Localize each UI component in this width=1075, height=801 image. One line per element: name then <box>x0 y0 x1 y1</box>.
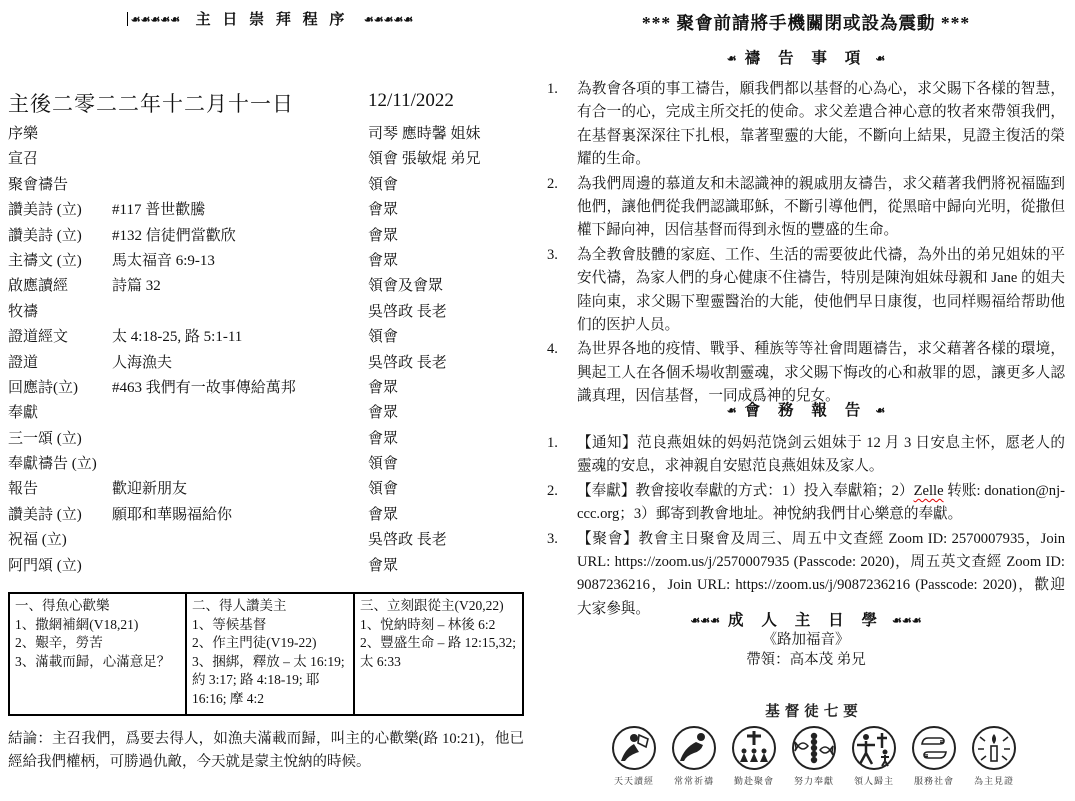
essential-label: 勤赴聚會 <box>728 774 780 787</box>
outline-line: 3、滿載而歸，心滿意足？ <box>15 653 180 672</box>
program-row: 報告 歡迎新朋友 領會 <box>8 477 532 502</box>
phone-silence-notice: *** 聚會前請將手機關閉或設為震動 *** <box>547 10 1065 35</box>
program-row: 讚美詩 (立) #117 普世歡騰 會眾 <box>8 198 532 223</box>
program-item: 奉獻禱告 (立) <box>8 452 97 473</box>
prayer-item-text: 為教會各項的事工禱告，願我們都以基督的心為心，求父賜下各樣的智慧，有合一的心，完… <box>577 78 1065 172</box>
outline-line: 二、得人讚美主 <box>192 597 348 616</box>
program-item: 證道經文 <box>8 325 68 346</box>
program-item: 回應詩(立) <box>8 376 78 397</box>
outline-line: 2、作主門徒(V19-22) <box>192 634 348 653</box>
outline-line: 三、立刻跟從主(V20,22) <box>360 597 517 616</box>
announcement-text: 【奉獻】教會接收奉獻的方式：1）投入奉獻箱；2）Zelle 转账: donati… <box>577 480 1065 527</box>
floral-ornament: ☙ <box>875 405 885 417</box>
program-row: 祝福 (立) 吳啓政 長老 <box>8 528 532 553</box>
essential-label: 常常祈禱 <box>668 774 720 787</box>
date-chinese: 主後二零二二年十二月十一日 <box>8 92 294 116</box>
essential-serve-society: 服務社會 <box>908 724 960 787</box>
program-role: 領會及會眾 <box>368 274 443 295</box>
prayer-items-list: 1. 為教會各項的事工禱告，願我們都以基督的心為心，求父賜下各樣的智慧，有合一的… <box>547 78 1065 410</box>
program-row: 讚美詩 (立) 願耶和華賜福給你 會眾 <box>8 503 532 528</box>
essential-offering: 努力奉獻 <box>788 724 840 787</box>
announcements-list: 1. 【通知】范良燕姐妹的妈妈范饶剑云姐妹于 12 月 3 日安息主怀，愿老人的… <box>547 432 1065 622</box>
congregation-cross-icon <box>730 724 778 772</box>
item-number: 2. <box>547 173 577 243</box>
prayer-item-text: 為全教會肢體的家庭、工作、生活的需要彼此代禱，為外出的弟兄姐妹的平安代禱，為家人… <box>577 244 1065 338</box>
program-item: 祝福 (立) <box>8 528 67 549</box>
program-row: 奉獻 會眾 <box>8 401 532 426</box>
prayer-item: 2. 為我們周邊的慕道友和未認識神的親戚朋友禱告，求父藉著我們將祝福臨到他們，讓… <box>547 173 1065 243</box>
program-row: 回應詩(立) #463 我們有一故事傳給萬邦 會眾 <box>8 376 532 401</box>
announcement-item: 1. 【通知】范良燕姐妹的妈妈范饶剑云姐妹于 12 月 3 日安息主怀，愿老人的… <box>547 432 1065 479</box>
program-row: 三一頌 (立) 會眾 <box>8 427 532 452</box>
worship-program-title: ☙☙☙☙☙ 主 日 崇 拜 程 序 ☙☙☙☙☙ <box>8 8 532 29</box>
floral-ornament: ☙ <box>875 53 885 65</box>
sunday-school-book: 《路加福音》 <box>547 630 1065 650</box>
announcement-text-part: 【奉獻】教會接收奉獻的方式：1）投入奉獻箱；2） <box>577 483 914 499</box>
leading-person-to-cross-icon <box>850 724 898 772</box>
candle-light-icon <box>970 724 1018 772</box>
program-role: 會眾 <box>368 554 398 575</box>
program-role: 領會 張敏焜 弟兄 <box>368 147 481 168</box>
program-item: 序樂 <box>8 122 38 143</box>
page-title: 主 日 崇 拜 程 序 <box>196 12 349 28</box>
announcement-item: 2. 【奉獻】教會接收奉獻的方式：1）投入奉獻箱；2）Zelle 转账: don… <box>547 480 1065 527</box>
program-item: 讚美詩 (立) <box>8 503 82 524</box>
text-cursor <box>127 12 128 26</box>
program-detail: #132 信徒們當歡欣 <box>112 224 236 245</box>
outline-column-1: 一、得魚心歡樂 1、撒網補網(V18,21) 2、艱辛，勞苦 3、滿載而歸，心滿… <box>10 594 185 714</box>
program-item: 宣召 <box>8 147 38 168</box>
program-row: 讚美詩 (立) #132 信徒們當歡欣 會眾 <box>8 224 532 249</box>
announcements-title-text: 會 務 報 告 <box>745 402 868 419</box>
outline-column-3: 三、立刻跟從主(V20,22) 1、悅納時刻 – 林後 6:2 2、豐盛生命 –… <box>353 594 522 714</box>
essential-witness: 為主見證 <box>968 724 1020 787</box>
outline-column-2: 二、得人讚美主 1、等候基督 2、作主門徒(V19-22) 3、捆綁，釋放 – … <box>185 594 353 714</box>
program-item: 聚會禱告 <box>8 173 68 194</box>
program-detail: 人海漁夫 <box>112 351 172 372</box>
program-detail: 馬太福音 6:9-13 <box>112 249 215 270</box>
seven-essentials-title: 基督徒七要 <box>599 700 1029 721</box>
sunday-school-section: ☙☙☙成 人 主 日 學☙☙☙ 《路加福音》 帶領：高本茂 弟兄 <box>547 608 1065 670</box>
program-row: 證道 人海漁夫 吳啓政 長老 <box>8 351 532 376</box>
prayer-item: 3. 為全教會肢體的家庭、工作、生活的需要彼此代禱，為外出的弟兄姐妹的平安代禱，… <box>547 244 1065 338</box>
program-role: 領會 <box>368 452 398 473</box>
announcements-section-title: ☙會 務 報 告☙ <box>547 398 1065 420</box>
outline-line: 1、撒網補網(V18,21) <box>15 616 180 635</box>
outline-line: 2、豐盛生命 – 路 12:15,32; 太 6:33 <box>360 634 517 671</box>
outline-line: 3、捆綁，釋放 – 太 16:19; 約 3:17; 路 4:18-19; 耶 … <box>192 653 348 709</box>
program-item: 讚美詩 (立) <box>8 198 82 219</box>
program-detail: #117 普世歡騰 <box>112 198 205 219</box>
program-role: 會眾 <box>368 503 398 524</box>
program-row: 主禱文 (立) 馬太福音 6:9-13 會眾 <box>8 249 532 274</box>
program-item: 主禱文 (立) <box>8 249 82 270</box>
program-role: 會眾 <box>368 249 398 270</box>
program-item: 啟應讀經 <box>8 274 68 295</box>
program-role: 司琴 應時馨 姐妹 <box>368 122 481 143</box>
prayer-item-text: 為我們周邊的慕道友和未認識神的親戚朋友禱告，求父藉著我們將祝福臨到他們，讓他們從… <box>577 173 1065 243</box>
essential-pray: 常常祈禱 <box>668 724 720 787</box>
program-detail: #463 我們有一故事傳給萬邦 <box>112 376 296 397</box>
service-program-list: 序樂 司琴 應時馨 姐妹 宣召 領會 張敏焜 弟兄 聚會禱告 領會 讚美詩 (立… <box>8 122 532 579</box>
program-item: 阿門頌 (立) <box>8 554 82 575</box>
outline-line: 1、等候基督 <box>192 616 348 635</box>
program-item: 三一頌 (立) <box>8 427 82 448</box>
program-item: 奉獻 <box>8 401 38 422</box>
sunday-school-leader: 帶領：高本茂 弟兄 <box>547 650 1065 670</box>
announcement-text: 【通知】范良燕姐妹的妈妈范饶剑云姐妹于 12 月 3 日安息主怀，愿老人的靈魂的… <box>577 432 1065 479</box>
program-item: 報告 <box>8 477 38 498</box>
essential-label: 天天讀經 <box>608 774 660 787</box>
program-row: 阿門頌 (立) 會眾 <box>8 554 532 579</box>
program-role: 領會 <box>368 325 398 346</box>
floral-ornament: ☙☙☙ <box>892 615 922 627</box>
outline-line: 1、悅納時刻 – 林後 6:2 <box>360 616 517 635</box>
date-row: 主後二零二二年十二月十一日 12/11/2022 <box>8 88 532 118</box>
program-row: 宣召 領會 張敏焜 弟兄 <box>8 147 532 172</box>
program-item: 讚美詩 (立) <box>8 224 82 245</box>
program-row: 奉獻禱告 (立) 領會 <box>8 452 532 477</box>
serving-hands-icon <box>910 724 958 772</box>
sermon-outline-table: 一、得魚心歡樂 1、撒網補網(V18,21) 2、艱辛，勞苦 3、滿載而歸，心滿… <box>8 592 524 716</box>
program-detail: 太 4:18-25, 路 5:1-11 <box>112 325 242 346</box>
floral-ornament: ☙ <box>727 405 737 417</box>
program-role: 會眾 <box>368 401 398 422</box>
item-number: 2. <box>547 480 577 527</box>
essential-attend-meetings: 勤赴聚會 <box>728 724 780 787</box>
sunday-school-title-text: 成 人 主 日 學 <box>728 612 884 629</box>
program-row: 序樂 司琴 應時馨 姐妹 <box>8 122 532 147</box>
prayer-section-title: ☙禱 告 事 項☙ <box>547 46 1065 68</box>
program-row: 證道經文 太 4:18-25, 路 5:1-11 領會 <box>8 325 532 350</box>
spellcheck-underlined-word: Zelle <box>914 483 944 499</box>
program-role: 會眾 <box>368 224 398 245</box>
essential-label: 為主見證 <box>968 774 1020 787</box>
program-role: 吳啓政 長老 <box>368 528 447 549</box>
kneeling-prayer-icon <box>670 724 718 772</box>
item-number: 1. <box>547 78 577 172</box>
program-role: 會眾 <box>368 198 398 219</box>
worship-bulletin-page: { "ornaments": { "header_left": "☙☙☙☙☙",… <box>0 0 1075 801</box>
program-role: 領會 <box>368 173 398 194</box>
program-row: 牧禱 吳啓政 長老 <box>8 300 532 325</box>
program-role: 會眾 <box>368 427 398 448</box>
fish-and-coins-icon <box>790 724 838 772</box>
floral-ornament: ☙ <box>727 53 737 65</box>
floral-ornament: ☙☙☙ <box>690 615 720 627</box>
date-numeric: 12/11/2022 <box>368 90 454 112</box>
program-role: 會眾 <box>368 376 398 397</box>
program-item: 牧禱 <box>8 300 38 321</box>
item-number: 3. <box>547 244 577 338</box>
sunday-school-title: ☙☙☙成 人 主 日 學☙☙☙ <box>547 608 1065 630</box>
essential-label: 努力奉獻 <box>788 774 840 787</box>
prayer-title-text: 禱 告 事 項 <box>745 50 868 67</box>
outline-line: 2、艱辛，勞苦 <box>15 634 180 653</box>
essential-label: 服務社會 <box>908 774 960 787</box>
prayer-item: 1. 為教會各項的事工禱告，願我們都以基督的心為心，求父賜下各樣的智慧，有合一的… <box>547 78 1065 172</box>
program-detail: 願耶和華賜福給你 <box>112 503 232 524</box>
christian-seven-essentials: 基督徒七要 天天讀經 常常祈禱 <box>599 700 1029 787</box>
program-row: 啟應讀經 詩篇 32 領會及會眾 <box>8 274 532 299</box>
kneeling-reader-icon <box>610 724 658 772</box>
program-detail: 詩篇 32 <box>112 274 161 295</box>
program-detail: 歡迎新朋友 <box>112 477 187 498</box>
outline-line: 一、得魚心歡樂 <box>15 597 180 616</box>
program-role: 領會 <box>368 477 398 498</box>
sermon-conclusion: 結論：主召我們，爲要去得人，如漁夫滿載而歸，叫主的心歡樂(路 10:21)，他已… <box>8 728 524 774</box>
essential-lead-to-christ: 領人歸主 <box>848 724 900 787</box>
floral-ornament-left: ☙☙☙☙☙ <box>131 14 180 26</box>
essential-read-bible: 天天讀經 <box>608 724 660 787</box>
program-role: 吳啓政 長老 <box>368 300 447 321</box>
essential-label: 領人歸主 <box>848 774 900 787</box>
program-item: 證道 <box>8 351 38 372</box>
floral-ornament-right: ☙☙☙☙☙ <box>364 14 413 26</box>
program-row: 聚會禱告 領會 <box>8 173 532 198</box>
program-role: 吳啓政 長老 <box>368 351 447 372</box>
seven-essentials-icons: 天天讀經 常常祈禱 <box>599 724 1029 787</box>
item-number: 1. <box>547 432 577 479</box>
